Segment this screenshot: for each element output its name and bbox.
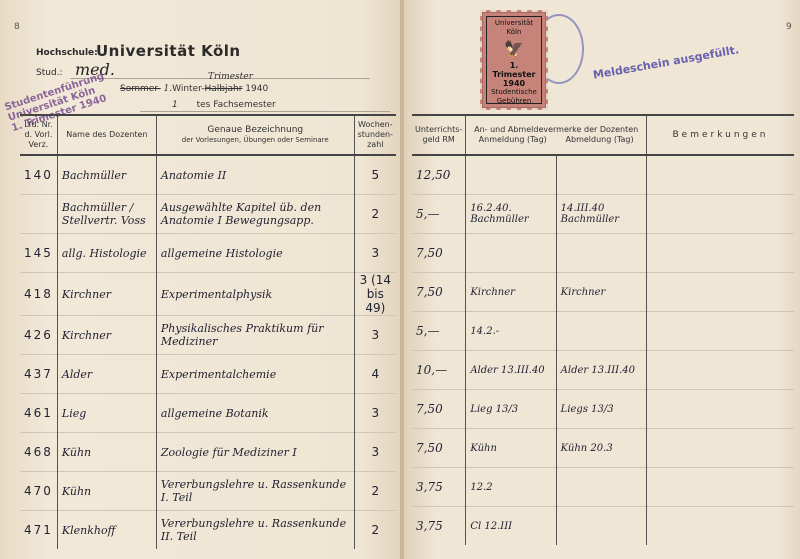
row-stunden: 2 [354,195,396,234]
row-dozent: Kirchner [57,273,156,316]
row-anmeldung: 12.2 [466,468,556,507]
fee-stamp-line: Studentische [487,88,541,97]
semester-line: Sommer- 1.Winter-Halbjahr 1940 [120,84,268,94]
row-nr: 461 [20,394,57,433]
row-bezeichnung: allgemeine Botanik [156,394,354,433]
row-abmeldung: Alder 13.III.40 [556,351,646,390]
row-geld: 5,— [412,195,466,234]
row-anmeldung: 14.2.- [466,312,556,351]
row-stunden: 5 [354,155,396,195]
semester-year: 1940 [245,84,268,94]
row-anmeldung [466,155,556,195]
row-bemerkungen [647,507,794,546]
row-nr: 426 [20,316,57,355]
page-number-right: 9 [786,22,792,32]
row-dozent: Alder [57,355,156,394]
col-bemerkungen: Bemerkungen [647,115,794,155]
col-bezeichnung-sub: der Vorlesungen, Übungen oder Seminare [160,135,351,145]
row-bezeichnung: Vererbungslehre u. Rassenkunde I. Teil [156,472,354,511]
col-vermerke-title: An- und Abmeldevermerke der Dozenten [469,125,643,135]
semester-struck2: Halbjahr [204,84,242,94]
table-row: 7,50KirchnerKirchner [412,273,794,312]
table-row: 461Liegallgemeine Botanik3 [20,394,396,433]
table-row: 437AlderExperimentalchemie4 [20,355,396,394]
row-bezeichnung: Anatomie II [156,155,354,195]
fee-stamp-line: Universität Köln [487,19,541,37]
row-abmeldung [556,507,646,546]
row-nr [20,195,57,234]
row-geld: 5,— [412,312,466,351]
table-row: 10,—Alder 13.III.40Alder 13.III.40 [412,351,794,390]
registration-table: Unterrichts-geld RM An- und Abmeldeverme… [412,114,794,545]
col-abmeldung: Abmeldung (Tag) [566,135,634,145]
row-anmeldung: Lieg 13/3 [466,390,556,429]
fach-underline [140,111,390,112]
row-geld: 12,50 [412,155,466,195]
row-abmeldung: Kirchner [556,273,646,312]
row-nr: 145 [20,234,57,273]
row-geld: 7,50 [412,390,466,429]
row-bemerkungen [647,390,794,429]
table-row: 471KlenkhoffVererbungslehre u. Rassenkun… [20,511,396,550]
row-anmeldung: 16.2.40. Bachmüller [466,195,556,234]
row-stunden: 3 [354,394,396,433]
col-stunden: Wochen-stunden-zahl [354,115,396,155]
table-row: 418KirchnerExperimentalphysik3 (14 bis 4… [20,273,396,316]
row-abmeldung [556,234,646,273]
table-row: Bachmüller / Stellvertr. VossAusgewählte… [20,195,396,234]
row-abmeldung: Kühn 20.3 [556,429,646,468]
row-geld: 7,50 [412,234,466,273]
row-nr: 140 [20,155,57,195]
semester-number: 1. [164,84,173,94]
row-geld: 3,75 [412,507,466,546]
row-bezeichnung: Ausgewählte Kapitel üb. den Anatomie I B… [156,195,354,234]
col-dozent: Name des Dozenten [57,115,156,155]
semester-overwrite: Trimester [208,72,253,82]
row-bemerkungen [647,195,794,234]
table-row: 7,50Lieg 13/3Liegs 13/3 [412,390,794,429]
table-row: 12,50 [412,155,794,195]
row-dozent: allg. Histologie [57,234,156,273]
col-anmeldung: Anmeldung (Tag) [479,135,547,145]
table-row: 5,—14.2.- [412,312,794,351]
row-dozent: Kühn [57,472,156,511]
row-bemerkungen [647,273,794,312]
row-abmeldung: 14.III.40 Bachmüller [556,195,646,234]
stud-label: Stud.: [36,68,63,78]
row-dozent: Bachmüller [57,155,156,195]
fee-stamp-line: Gebühren [487,97,541,106]
row-stunden: 2 [354,472,396,511]
fee-stamp: Universität Köln 🦅 1. Trimester 1940 Stu… [480,10,548,110]
lectures-table: Lfd. Nr. d. Vorl. Verz. Name des Dozente… [20,114,396,549]
row-geld: 7,50 [412,273,466,312]
row-geld: 7,50 [412,429,466,468]
row-dozent: Klenkhoff [57,511,156,550]
row-bemerkungen [647,468,794,507]
row-bezeichnung: allgemeine Histologie [156,234,354,273]
fee-stamp-line: 1. Trimester [487,61,541,79]
row-nr: 471 [20,511,57,550]
page-number-left: 8 [14,22,20,32]
row-dozent: Kirchner [57,316,156,355]
table-row: 468KühnZoologie für Mediziner I3 [20,433,396,472]
row-bezeichnung: Experimentalchemie [156,355,354,394]
table-row: 145allg. Histologieallgemeine Histologie… [20,234,396,273]
table-row: 3,7512.2 [412,468,794,507]
table-row: 3,75Cl 12.III [412,507,794,546]
row-bemerkungen [647,429,794,468]
row-abmeldung [556,155,646,195]
row-nr: 468 [20,433,57,472]
col-vermerke: An- und Abmeldevermerke der Dozenten Anm… [466,115,647,155]
row-dozent: Bachmüller / Stellvertr. Voss [57,195,156,234]
row-bemerkungen [647,351,794,390]
row-anmeldung: Kirchner [466,273,556,312]
row-bemerkungen [647,312,794,351]
table-row: 7,50 [412,234,794,273]
row-anmeldung [466,234,556,273]
hochschule-label: Hochschule: [36,48,98,58]
table-row: 470KühnVererbungslehre u. Rassenkunde I.… [20,472,396,511]
row-nr: 470 [20,472,57,511]
col-geld: Unterrichts-geld RM [412,115,466,155]
row-geld: 3,75 [412,468,466,507]
col-bezeichnung-title: Genaue Bezeichnung [160,125,351,135]
row-stunden: 4 [354,355,396,394]
row-bemerkungen [647,155,794,195]
col-nr: Lfd. Nr. d. Vorl. Verz. [20,115,57,155]
row-bezeichnung: Experimentalphysik [156,273,354,316]
row-stunden: 3 [354,433,396,472]
row-stunden: 2 [354,511,396,550]
row-nr: 418 [20,273,57,316]
col-bezeichnung: Genaue Bezeichnung der Vorlesungen, Übun… [156,115,354,155]
row-abmeldung [556,312,646,351]
row-anmeldung: Cl 12.III [466,507,556,546]
row-dozent: Kühn [57,433,156,472]
table-row: 7,50KühnKühn 20.3 [412,429,794,468]
row-stunden: 3 [354,316,396,355]
fachsemester-number: 1 [172,100,178,110]
row-stunden: 3 (14 bis 49) [354,273,396,316]
row-geld: 10,— [412,351,466,390]
row-bezeichnung: Physikalisches Praktikum für Mediziner [156,316,354,355]
row-stunden: 3 [354,234,396,273]
row-bezeichnung: Zoologie für Mediziner I [156,433,354,472]
row-nr: 437 [20,355,57,394]
row-abmeldung: Liegs 13/3 [556,390,646,429]
table-row: 140BachmüllerAnatomie II5 [20,155,396,195]
row-anmeldung: Alder 13.III.40 [466,351,556,390]
table-row: 5,—16.2.40. Bachmüller14.III.40 Bachmüll… [412,195,794,234]
semester-text: Winter- [172,84,204,94]
row-abmeldung [556,468,646,507]
row-bezeichnung: Vererbungslehre u. Rassenkunde II. Teil [156,511,354,550]
semester-struck: Sommer- [120,84,161,94]
row-anmeldung: Kühn [466,429,556,468]
fee-stamp-line: 1940 [487,79,541,88]
hochschule-value: Universität Köln [96,42,241,60]
fachsemester-label: tes Fachsemester [197,100,276,110]
fachsemester: 1 tes Fachsemester [172,100,276,110]
table-row: 426KirchnerPhysikalisches Praktikum für … [20,316,396,355]
eagle-icon: 🦅 [487,39,541,59]
row-bemerkungen [647,234,794,273]
row-dozent: Lieg [57,394,156,433]
